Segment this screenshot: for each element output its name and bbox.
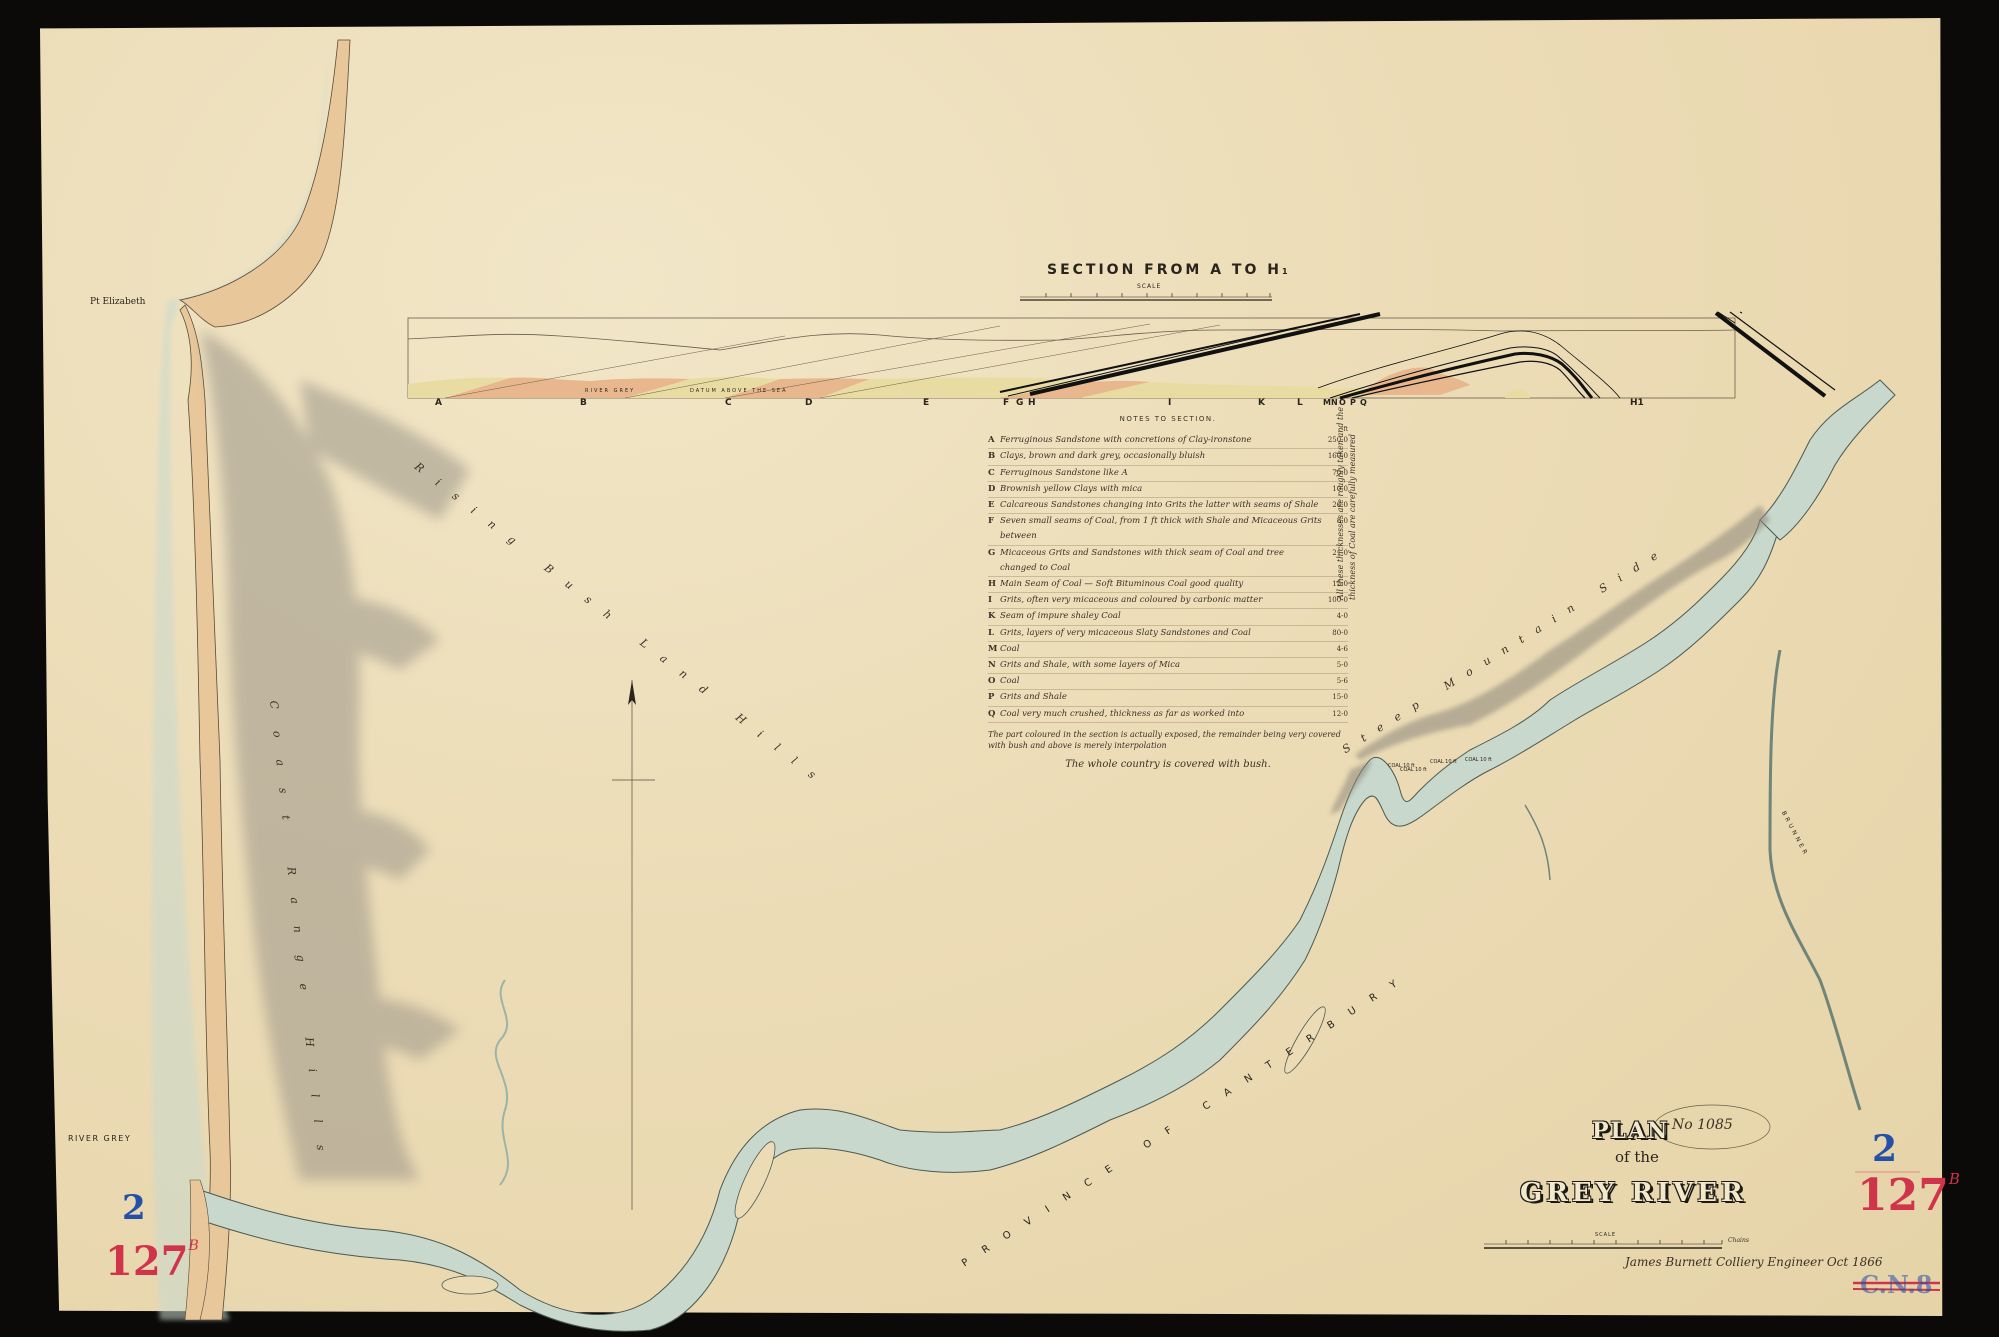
- notes-row-description: Calcareous Sandstones changing into Grit…: [1000, 498, 1322, 513]
- notes-header: NOTES TO SECTION.: [988, 412, 1348, 427]
- section-title: SECTION FROM A TO H1: [1047, 262, 1291, 278]
- notes-row-description: Coal very much crushed, thickness as far…: [1000, 707, 1322, 722]
- notes-row-key: L: [988, 626, 1000, 641]
- sand-spit-north: [180, 40, 350, 327]
- map-title-plan: PLAN: [1592, 1118, 1669, 1144]
- notes-footnote: The part coloured in the section is actu…: [988, 729, 1348, 751]
- notes-row-description: Coal: [1000, 674, 1322, 689]
- notes-row-key: E: [988, 498, 1000, 513]
- notes-row-key: A: [988, 433, 1000, 448]
- notes-row: HMain Seam of Coal — Soft Bituminous Coa…: [988, 577, 1348, 593]
- notes-row-description: Micaceous Grits and Sandstones with thic…: [1000, 546, 1322, 576]
- section-point-b: B: [580, 398, 587, 408]
- notes-row-key: P: [988, 690, 1000, 705]
- section-point-d: D: [805, 398, 812, 408]
- section-point-g: G: [1016, 398, 1023, 408]
- notes-row-key: C: [988, 466, 1000, 481]
- notes-to-section: NOTES TO SECTION. ft AFerruginous Sandst…: [988, 412, 1348, 772]
- notes-row: QCoal very much crushed, thickness as fa…: [988, 707, 1348, 723]
- section-point-e: E: [923, 398, 929, 408]
- scale-unit: Chains: [1728, 1237, 1749, 1244]
- section-point-f: F: [1003, 398, 1009, 408]
- notes-row-thickness: 4-0: [1322, 609, 1348, 624]
- notes-row: ECalcareous Sandstones changing into Gri…: [988, 498, 1348, 514]
- label-coal-mark: COAL 10 ft: [1430, 759, 1457, 765]
- notes-row-key: B: [988, 449, 1000, 464]
- notes-row-description: Grits and Shale: [1000, 690, 1322, 705]
- stamp-left-bottom: 127B: [105, 1238, 199, 1285]
- label-coal-mark: COAL 10 ft: [1465, 757, 1492, 763]
- tributary-small: [1525, 805, 1550, 880]
- notes-row-description: Ferruginous Sandstone like A: [1000, 466, 1322, 481]
- notes-row-thickness: 15-0: [1322, 690, 1348, 705]
- notes-row-description: Grits and Shale, with some layers of Mic…: [1000, 658, 1322, 673]
- struck-stamp: C.N.8: [1860, 1270, 1933, 1299]
- grey-river-upper: [1760, 380, 1895, 540]
- notes-row: GMicaceous Grits and Sandstones with thi…: [988, 546, 1348, 577]
- section-point-q: Q: [1360, 398, 1367, 407]
- notes-row: CFerruginous Sandstone like A70-0: [988, 466, 1348, 482]
- map-title-of-the: of the: [1615, 1148, 1659, 1166]
- section-point-c: C: [725, 398, 732, 408]
- section-point-h1: H1: [1630, 398, 1644, 408]
- notes-row: NGrits and Shale, with some layers of Mi…: [988, 658, 1348, 674]
- river-island: [442, 1276, 498, 1294]
- notes-row-key: D: [988, 482, 1000, 497]
- notes-row-description: Grits, layers of very micaceous Slaty Sa…: [1000, 626, 1322, 641]
- notes-row-description: Seven small seams of Coal, from 1 ft thi…: [1000, 514, 1322, 544]
- notes-row-description: Main Seam of Coal — Soft Bituminous Coal…: [1000, 577, 1322, 592]
- notes-row-key: O: [988, 674, 1000, 689]
- notes-row: OCoal5-6: [988, 674, 1348, 690]
- notes-row: AFerruginous Sandstone with concretions …: [988, 433, 1348, 449]
- label-coal-mark: COAL 10 ft: [1400, 767, 1427, 773]
- tributary-brunner: [1770, 650, 1860, 1110]
- notes-row: BClays, brown and dark grey, occasionall…: [988, 449, 1348, 465]
- notes-row: FSeven small seams of Coal, from 1 ft th…: [988, 514, 1348, 545]
- notes-row-thickness: 5-6: [1322, 674, 1348, 689]
- section-point-i: I: [1168, 398, 1171, 408]
- signature: James Burnett Colliery Engineer Oct 1866: [1625, 1255, 1883, 1269]
- notes-row-description: Seam of impure shaley Coal: [1000, 609, 1322, 624]
- notes-row-thickness: 80-0: [1322, 626, 1348, 641]
- notes-row: IGrits, often very micaceous and coloure…: [988, 593, 1348, 609]
- notes-row-key: I: [988, 593, 1000, 608]
- section-point-h: H: [1028, 398, 1036, 408]
- main-scale-bar: [1484, 1240, 1722, 1248]
- notes-row-key: M: [988, 642, 1000, 657]
- notes-row-description: Coal: [1000, 642, 1322, 657]
- notes-row-description: Clays, brown and dark grey, occasionally…: [1000, 449, 1322, 464]
- stamp-left-top: 2: [122, 1188, 146, 1228]
- notes-row: DBrownish yellow Clays with mica10-0: [988, 482, 1348, 498]
- notes-row-key: H: [988, 577, 1000, 592]
- label-port-elizabeth: Pt Elizabeth: [90, 297, 145, 307]
- section-scale-label: SCALE: [1137, 283, 1161, 290]
- catalogue-number: No 1085: [1672, 1117, 1733, 1133]
- geological-section: [408, 293, 1835, 398]
- hills-range-left: [200, 330, 470, 1180]
- notes-row-thickness: 12-0: [1322, 707, 1348, 722]
- notes-row-description: Brownish yellow Clays with mica: [1000, 482, 1322, 497]
- notes-row: MCoal4-6: [988, 642, 1348, 658]
- notes-row-key: Q: [988, 707, 1000, 722]
- notes-row-thickness: 5-0: [1322, 658, 1348, 673]
- notes-side-note: All these thicknesses are roughly taken …: [1335, 400, 1359, 600]
- section-point-l: L: [1297, 398, 1303, 408]
- notes-table: AFerruginous Sandstone with concretions …: [988, 433, 1348, 723]
- label-river-grey: RIVER GREY: [68, 1134, 131, 1143]
- notes-row-thickness: 4-6: [1322, 642, 1348, 657]
- stamp-right-top: 2: [1872, 1128, 1897, 1170]
- section-inline-datum: DATUM ABOVE THE SEA: [690, 388, 788, 394]
- notes-row-description: Grits, often very micaceous and coloured…: [1000, 593, 1322, 608]
- section-point-a: A: [435, 398, 442, 408]
- tributary-creek: [496, 980, 508, 1185]
- notes-row: LGrits, layers of very micaceous Slaty S…: [988, 626, 1348, 642]
- scale-label: SCALE: [1595, 1232, 1616, 1238]
- notes-row: KSeam of impure shaley Coal4-0: [988, 609, 1348, 625]
- notes-row-key: F: [988, 514, 1000, 544]
- notes-row-key: G: [988, 546, 1000, 576]
- section-inline-river: RIVER GREY: [585, 388, 635, 394]
- map-title-grey-river: GREY RIVER: [1520, 1178, 1747, 1208]
- section-point-k: K: [1258, 398, 1265, 408]
- notes-row-key: N: [988, 658, 1000, 673]
- notes-row-description: Ferruginous Sandstone with concretions o…: [1000, 433, 1322, 448]
- notes-row: PGrits and Shale15-0: [988, 690, 1348, 706]
- notes-closing: The whole country is covered with bush.: [988, 757, 1348, 772]
- stamp-right-bottom: 127B: [1857, 1170, 1960, 1221]
- section-point-m: M: [1323, 398, 1331, 407]
- notes-row-key: K: [988, 609, 1000, 624]
